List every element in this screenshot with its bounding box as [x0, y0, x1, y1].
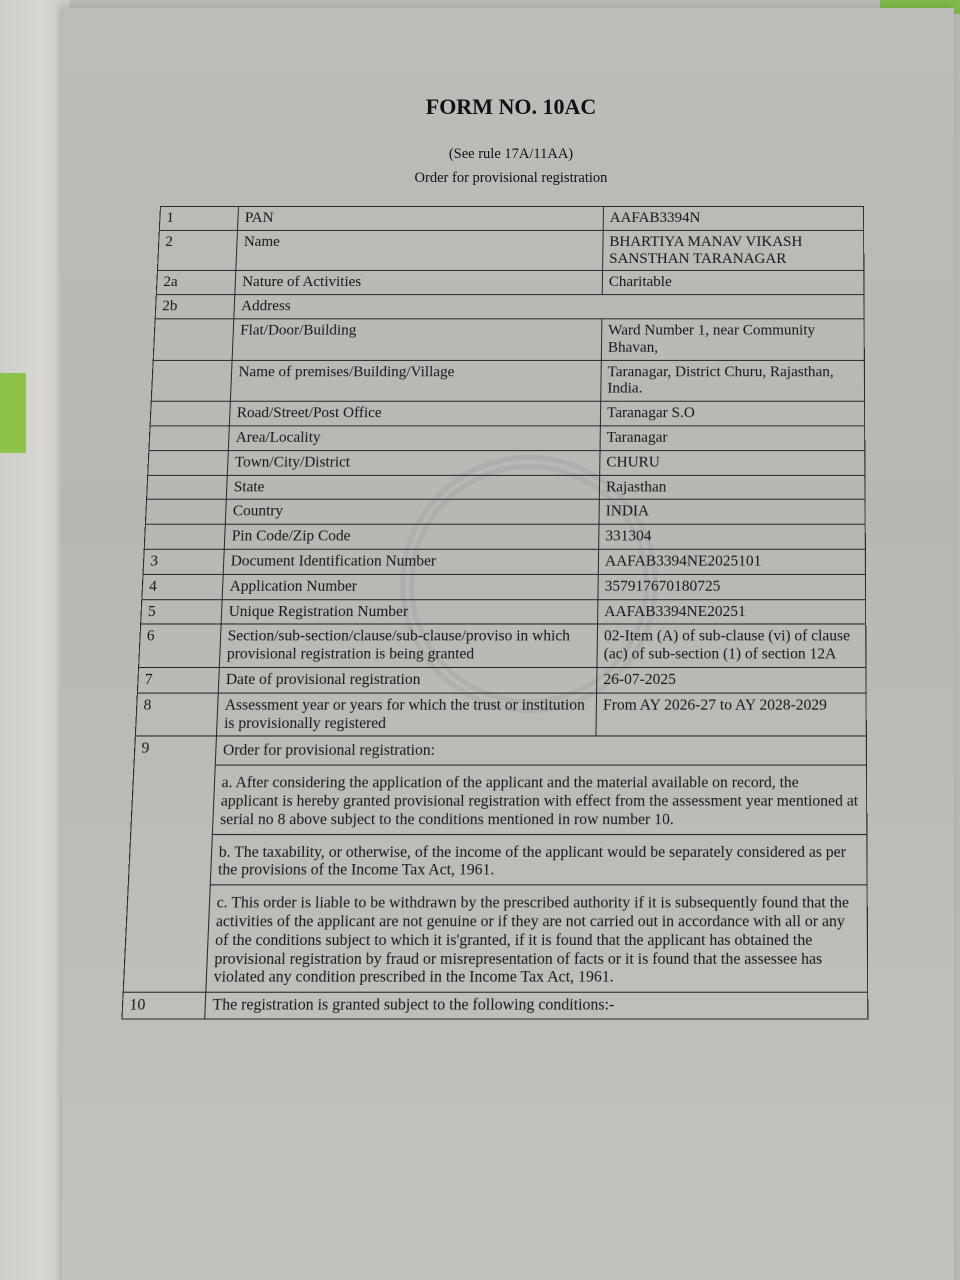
- field-value: 331304: [599, 524, 866, 549]
- field-value: Taranagar, District Churu, Rajasthan, In…: [601, 360, 865, 401]
- field-value: Taranagar: [600, 426, 865, 450]
- table-row: Town/City/DistrictCHURU: [148, 450, 865, 475]
- field-value: INDIA: [599, 500, 865, 525]
- field-value: Taranagar S.O: [600, 401, 864, 425]
- field-label: Address: [234, 295, 864, 319]
- serial-number-blank: [131, 765, 216, 834]
- field-label: Pin Code/Zip Code: [225, 524, 599, 549]
- field-value: CHURU: [600, 450, 865, 475]
- serial-number: 2a: [156, 271, 236, 295]
- field-value: Rajasthan: [599, 475, 865, 500]
- serial-number: 3: [143, 549, 225, 574]
- background-surface: [0, 0, 70, 1280]
- field-label: Unique Registration Number: [221, 599, 597, 624]
- field-label: Country: [226, 500, 600, 525]
- serial-number: 6: [139, 624, 222, 667]
- table-row: 2aNature of ActivitiesCharitable: [156, 271, 864, 295]
- serial-number: 1: [159, 206, 238, 230]
- serial-number-blank: [128, 834, 212, 885]
- field-value: Charitable: [602, 271, 864, 295]
- field-value: AAFAB3394NE20251: [597, 599, 865, 624]
- serial-number: 2b: [155, 295, 235, 319]
- serial-number: 10: [122, 992, 206, 1019]
- table-row: StateRajasthan: [147, 475, 865, 500]
- field-value: 02-Item (A) of sub-clause (vi) of clause…: [597, 624, 866, 667]
- table-row: b. The taxability, or otherwise, of the …: [128, 834, 867, 885]
- table-row: Area/LocalityTaranagar: [149, 426, 865, 450]
- form-subtitle: Order for provisional registration: [0, 170, 960, 187]
- table-row: 10The registration is granted subject to…: [122, 992, 868, 1019]
- table-row: 2NameBHARTIYA MANAV VIKASH SANSTHAN TARA…: [157, 230, 863, 271]
- serial-number: [150, 401, 231, 425]
- serial-number: 8: [135, 693, 218, 737]
- table-row: CountryINDIA: [145, 500, 865, 525]
- table-row: Pin Code/Zip Code331304: [144, 524, 865, 549]
- order-heading: Order for provisional registration:: [216, 736, 867, 765]
- background-object: [0, 373, 26, 453]
- serial-number: [148, 450, 229, 475]
- field-label: PAN: [238, 206, 604, 230]
- field-label: State: [227, 475, 600, 500]
- form-title: FORM NO. 10AC: [0, 94, 960, 120]
- table-row: 4Application Number357917670180725: [142, 574, 866, 599]
- table-row: 6Section/sub-section/clause/sub-clause/p…: [139, 624, 866, 667]
- field-value: Ward Number 1, near Community Bhavan,: [601, 319, 864, 360]
- order-clause-a: a. After considering the application of …: [213, 765, 867, 834]
- order-clause-b: b. The taxability, or otherwise, of the …: [211, 834, 868, 885]
- conditions-text: The registration is granted subject to t…: [205, 992, 868, 1019]
- serial-number: [147, 475, 228, 500]
- field-value: 26-07-2025: [596, 667, 866, 692]
- field-value: AAFAB3394N: [603, 206, 864, 230]
- table-row: 1PANAAFAB3394N: [159, 206, 863, 230]
- serial-number: [145, 500, 226, 525]
- table-row: 3Document Identification NumberAAFAB3394…: [143, 549, 865, 574]
- table-row: a. After considering the application of …: [131, 765, 867, 834]
- table-row: Name of premises/Building/VillageTaranag…: [151, 360, 864, 401]
- table-row: 2bAddress: [155, 295, 864, 319]
- field-label: Date of provisional registration: [219, 667, 597, 692]
- serial-number: 7: [137, 667, 219, 692]
- field-label: Flat/Door/Building: [232, 319, 601, 360]
- field-label: Document Identification Number: [224, 549, 599, 574]
- serial-number: [149, 426, 230, 450]
- order-clause-c: c. This order is liable to be withdrawn …: [206, 885, 868, 992]
- registration-table: 1PANAAFAB3394N2NameBHARTIYA MANAV VIKASH…: [121, 206, 868, 1019]
- field-value: From AY 2026-27 to AY 2028-2029: [596, 693, 866, 737]
- field-value: AAFAB3394NE2025101: [598, 549, 865, 574]
- field-label: Application Number: [222, 574, 598, 599]
- serial-number: [153, 319, 234, 360]
- table-row: 7Date of provisional registration26-07-2…: [137, 667, 866, 692]
- table-row: Road/Street/Post OfficeTaranagar S.O: [150, 401, 865, 425]
- field-value: BHARTIYA MANAV VIKASH SANSTHAN TARANAGAR: [602, 230, 863, 271]
- serial-number: [151, 360, 232, 401]
- field-label: Road/Street/Post Office: [230, 401, 601, 425]
- table-row: Flat/Door/BuildingWard Number 1, near Co…: [153, 319, 864, 360]
- serial-number: 4: [142, 574, 224, 599]
- field-label: Nature of Activities: [235, 271, 602, 295]
- table-row: 8Assessment year or years for which the …: [135, 693, 866, 737]
- field-label: Name of premises/Building/Village: [231, 360, 601, 401]
- field-label: Section/sub-section/clause/sub-clause/pr…: [220, 624, 598, 667]
- serial-number: 9: [134, 736, 217, 765]
- field-label: Assessment year or years for which the t…: [217, 693, 597, 737]
- serial-number: [144, 524, 225, 549]
- serial-number: 2: [157, 230, 237, 271]
- field-label: Area/Locality: [229, 426, 601, 450]
- serial-number-blank: [123, 885, 210, 992]
- field-label: Town/City/District: [228, 450, 600, 475]
- table-row: 9Order for provisional registration:: [134, 736, 867, 765]
- table-row: 5Unique Registration NumberAAFAB3394NE20…: [141, 599, 866, 624]
- serial-number: 5: [141, 599, 223, 624]
- field-value: 357917670180725: [598, 574, 866, 599]
- table-row: c. This order is liable to be withdrawn …: [123, 885, 868, 992]
- field-label: Name: [236, 230, 603, 271]
- form-rule: (See rule 17A/11AA): [0, 146, 960, 163]
